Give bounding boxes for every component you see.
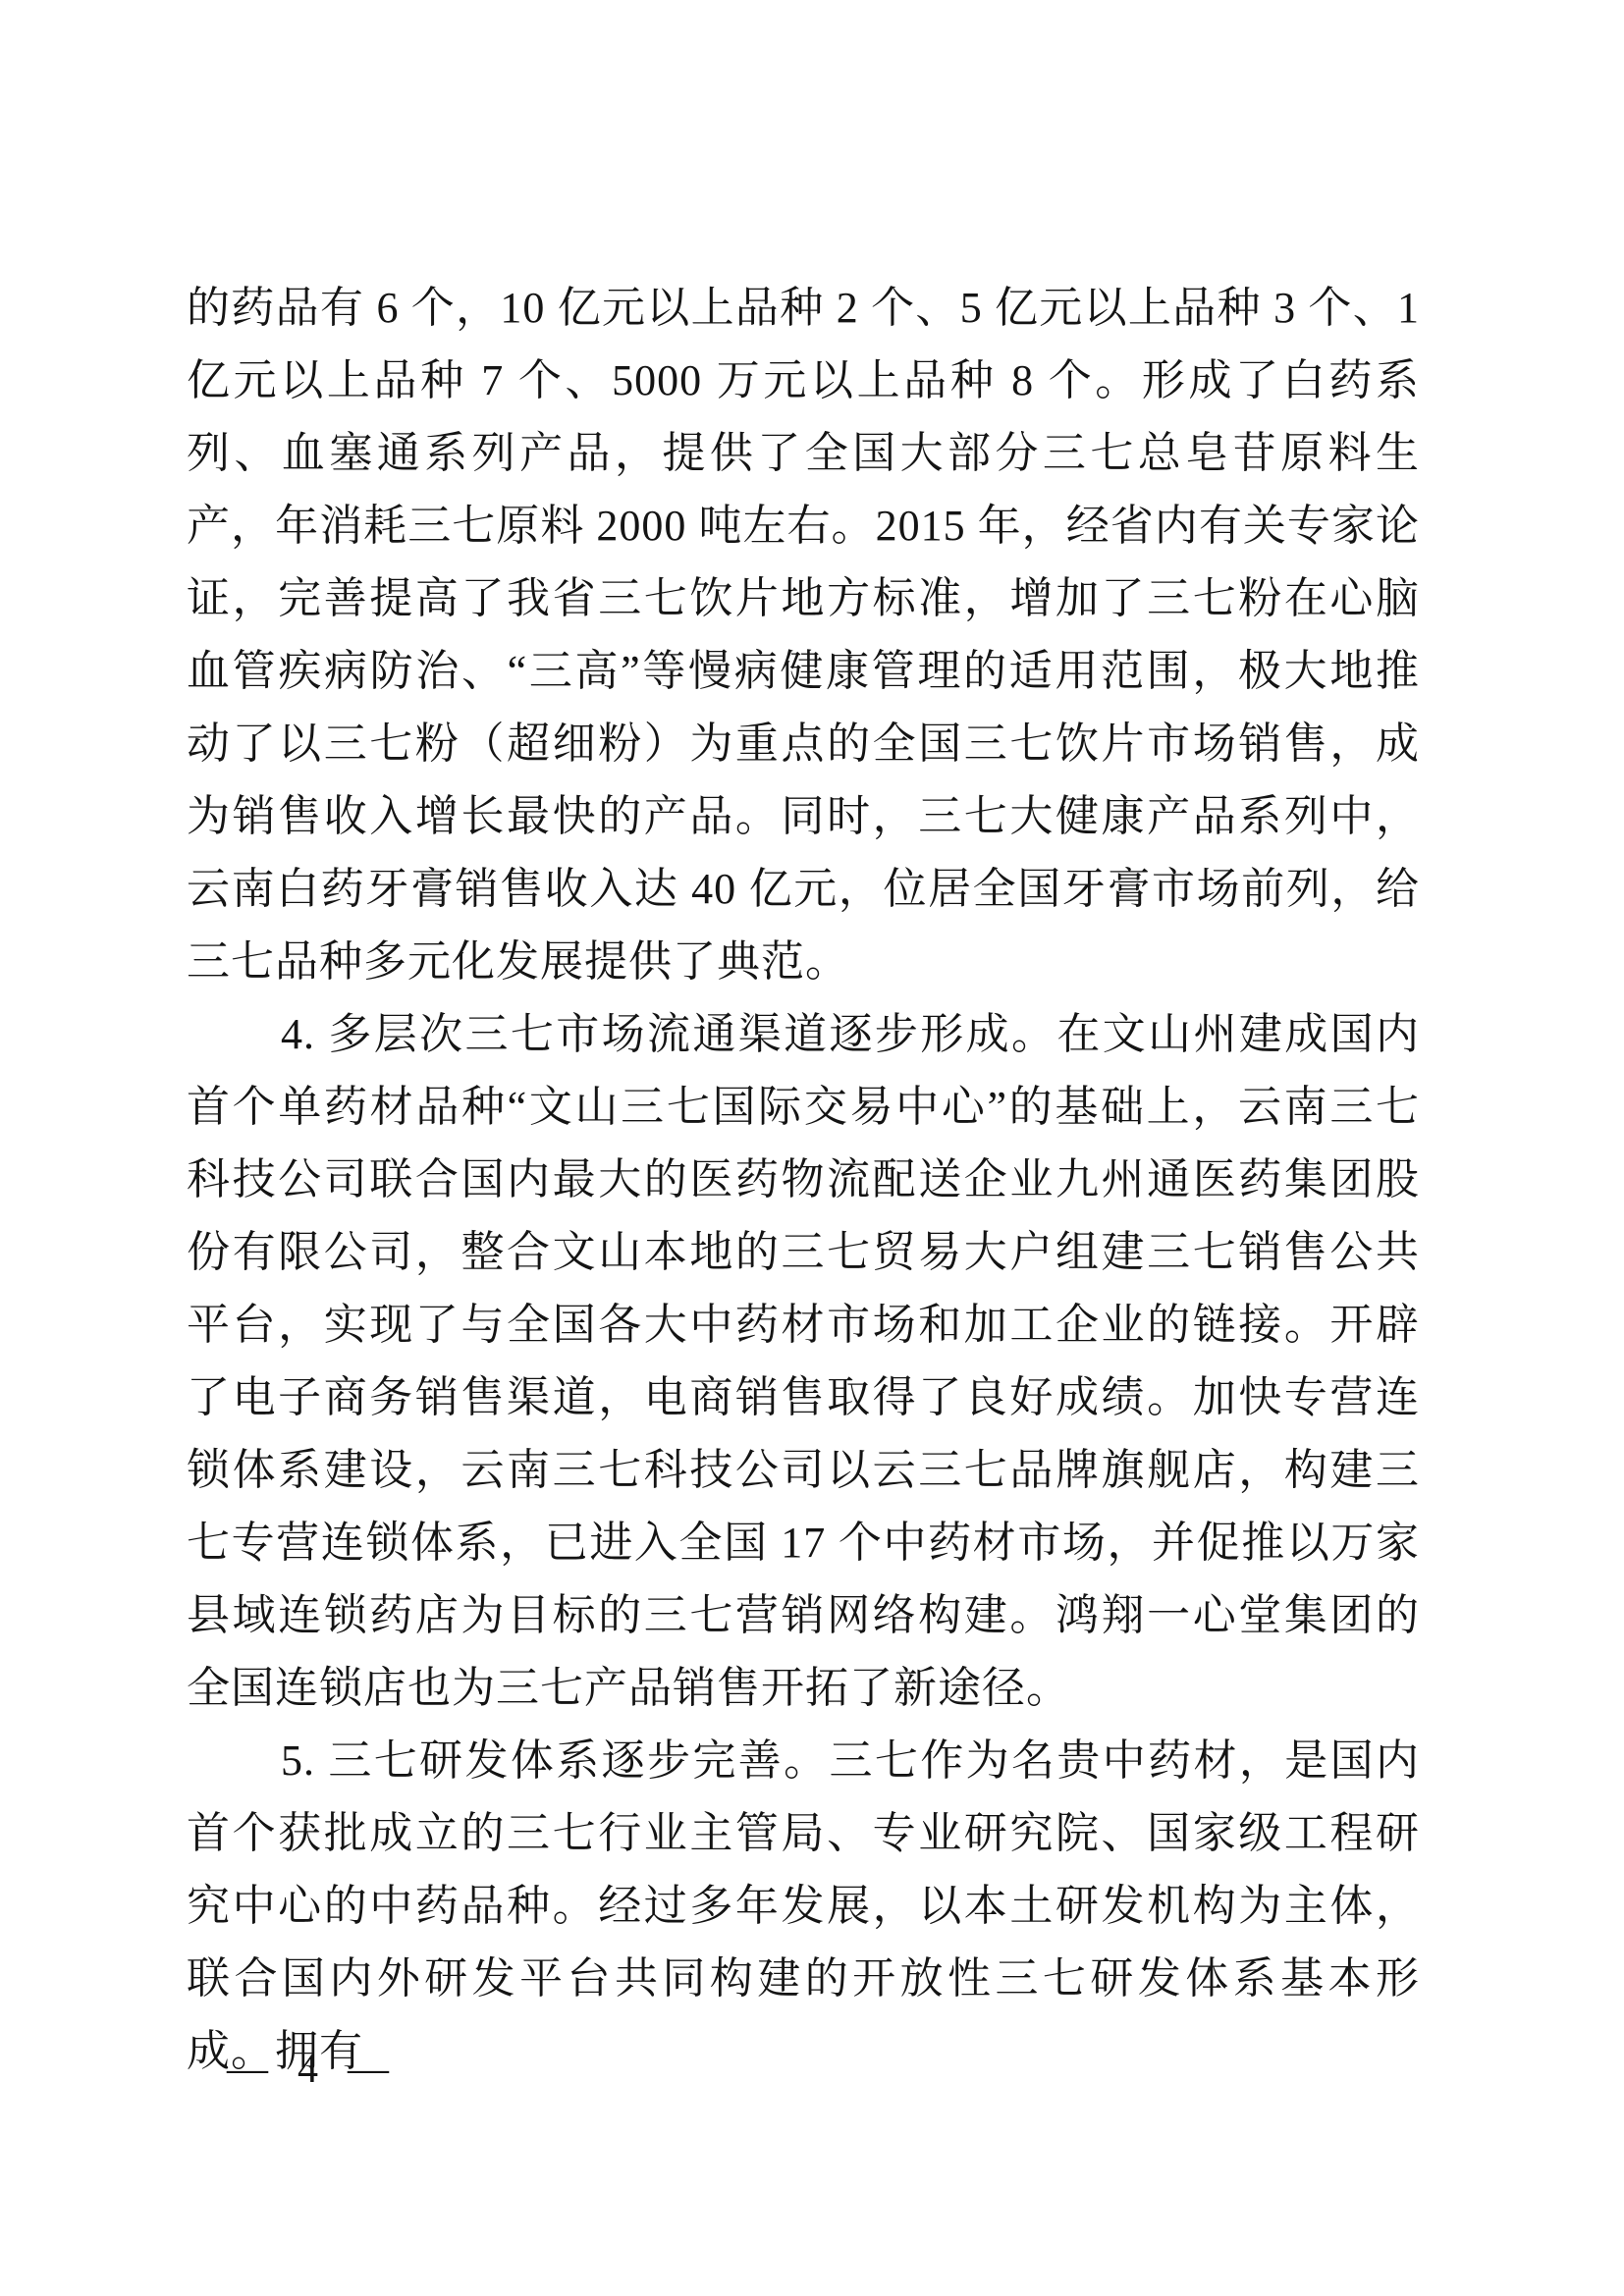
footer-left-dash: — <box>227 2047 268 2092</box>
document-page: 的药品有 6 个，10 亿元以上品种 2 个、5 亿元以上品种 3 个、1 亿元… <box>0 0 1624 2296</box>
footer-right-dash: — <box>348 2047 389 2092</box>
paragraph-continuation: 的药品有 6 个，10 亿元以上品种 2 个、5 亿元以上品种 3 个、1 亿元… <box>187 272 1420 998</box>
page-number: 4 <box>298 2047 318 2092</box>
paragraph-item-4: 4. 多层次三七市场流通渠道逐步形成。在文山州建成国内首个单药材品种“文山三七国… <box>187 998 1420 1725</box>
document-body: 的药品有 6 个，10 亿元以上品种 2 个、5 亿元以上品种 3 个、1 亿元… <box>187 272 1420 2088</box>
paragraph-item-5: 5. 三七研发体系逐步完善。三七作为名贵中药材，是国内首个获批成立的三七行业主管… <box>187 1725 1420 2088</box>
page-footer: — 4 — <box>227 2047 389 2092</box>
